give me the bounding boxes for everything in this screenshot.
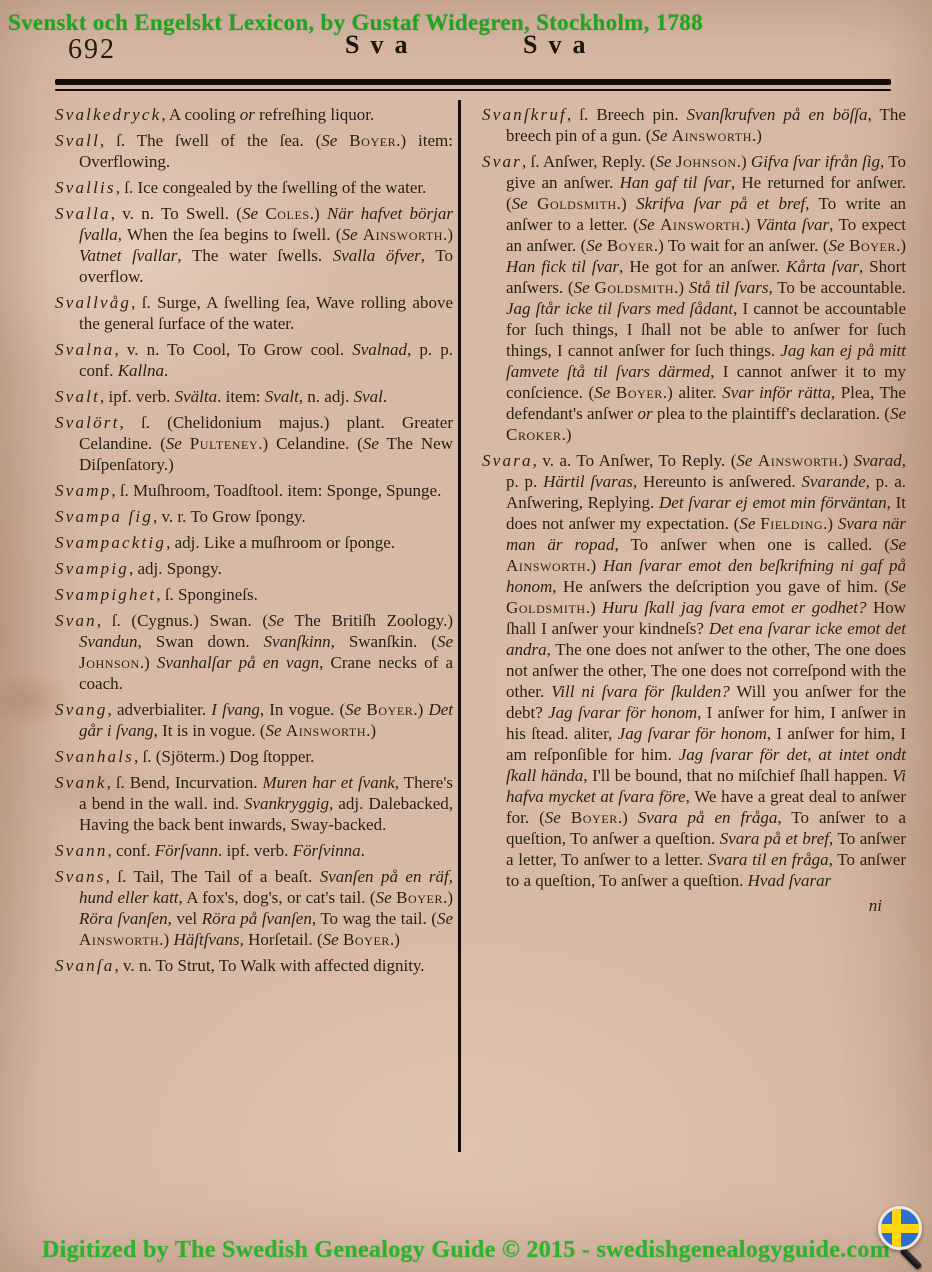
entry-headword: Svank — [55, 773, 107, 792]
entry-headword: Svalna — [55, 340, 114, 359]
entry-headword: Svanſa — [55, 956, 114, 975]
entry-headword: Svara — [482, 451, 533, 470]
entry-headword: Svamp — [55, 481, 111, 500]
column-right: Svanſkruf, ſ. Breech pin. Svanſkrufven p… — [482, 104, 906, 916]
page-number: 692 — [68, 34, 116, 66]
dictionary-entry: Svallis, ſ. Ice congealed by the ſwellin… — [55, 177, 453, 198]
dictionary-entry: Svalla, v. n. To Swell. (Se Coles.) När … — [55, 203, 453, 287]
entry-headword: Svar — [482, 152, 522, 171]
running-head-left: Sva — [345, 30, 418, 60]
dictionary-entry: Svalt, ipf. verb. Svälta. item: Svalt, n… — [55, 386, 453, 407]
entry-headword: Svanhals — [55, 747, 134, 766]
entry-headword: Svallis — [55, 178, 116, 197]
dictionary-entry: Svalna, v. n. To Cool, To Grow cool. Sva… — [55, 339, 453, 381]
entry-headword: Svalla — [55, 204, 111, 223]
dictionary-entry: Svalkedryck, A cooling or refreſhing liq… — [55, 104, 453, 125]
entry-headword: Svall — [55, 131, 100, 150]
entry-headword: Svampa ſig — [55, 507, 153, 526]
flag-cross-horizontal — [881, 1224, 919, 1233]
dictionary-entry: Svallvåg, ſ. Surge, A ſwelling ſea, Wave… — [55, 292, 453, 334]
catchword: ni — [482, 896, 906, 916]
scanned-dictionary-page: Svenskt och Engelskt Lexicon, by Gustaf … — [0, 0, 932, 1272]
entry-headword: Svampacktig — [55, 533, 166, 552]
dictionary-entry: Svank, ſ. Bend, Incurvation. Muren har e… — [55, 772, 453, 835]
column-divider-rule — [458, 100, 461, 1152]
entry-headword: Svampig — [55, 559, 129, 578]
dictionary-entry: Svan, ſ. (Cygnus.) Swan. (Se The Britiſh… — [55, 610, 453, 694]
dictionary-entry: Svar, ſ. Anſwer, Reply. (Se Johnson.) Gi… — [482, 151, 906, 445]
dictionary-entry: Svall, ſ. The ſwell of the ſea. (Se Boye… — [55, 130, 453, 172]
entry-headword: Svalkedryck — [55, 105, 161, 124]
entry-headword: Svalt — [55, 387, 100, 406]
dictionary-entry: Svanſa, v. n. To Strut, To Walk with aff… — [55, 955, 453, 976]
entry-headword: Svan — [55, 611, 97, 630]
dictionary-entry: Svampacktig, adj. Like a muſhroom or ſpo… — [55, 532, 453, 553]
digitization-credit: Digitized by The Swedish Genealogy Guide… — [0, 1237, 932, 1264]
header-rule-thin — [55, 89, 891, 91]
dictionary-entry: Svanſkruf, ſ. Breech pin. Svanſkrufven p… — [482, 104, 906, 146]
entry-headword: Svans — [55, 867, 106, 886]
dictionary-entry: Svampig, adj. Spongy. — [55, 558, 453, 579]
running-head-right: Sva — [523, 30, 596, 60]
entry-headword: Svampighet — [55, 585, 156, 604]
swedish-flag-magnifier-icon — [868, 1206, 928, 1266]
entry-headword: Svann — [55, 841, 108, 860]
entry-headword: Svanſkruf — [482, 105, 567, 124]
entry-headword: Svang — [55, 700, 108, 719]
header-rule-thick — [55, 79, 891, 85]
entry-headword: Svalört — [55, 413, 120, 432]
magnifier-handle — [899, 1247, 922, 1270]
entry-headword: Svallvåg — [55, 293, 131, 312]
dictionary-entry: Svampa ſig, v. r. To Grow ſpongy. — [55, 506, 453, 527]
dictionary-entry: Svans, ſ. Tail, The Tail of a beaſt. Sva… — [55, 866, 453, 950]
column-left: Svalkedryck, A cooling or refreſhing liq… — [55, 104, 453, 981]
dictionary-entry: Svang, adverbialiter. I ſvang, In vogue.… — [55, 699, 453, 741]
dictionary-entry: Svalört, ſ. (Chelidonium majus.) plant. … — [55, 412, 453, 475]
dictionary-entry: Svann, conf. Förſvann. ipf. verb. Förſvi… — [55, 840, 453, 861]
dictionary-entry: Svanhals, ſ. (Sjöterm.) Dog ſtopper. — [55, 746, 453, 767]
dictionary-entry: Svampighet, ſ. Spongineſs. — [55, 584, 453, 605]
dictionary-entry: Svara, v. a. To Anſwer, To Reply. (Se Ai… — [482, 450, 906, 891]
swedish-flag-lens — [878, 1206, 922, 1250]
dictionary-entry: Svamp, ſ. Muſhroom, Toadſtool. item: Spo… — [55, 480, 453, 501]
